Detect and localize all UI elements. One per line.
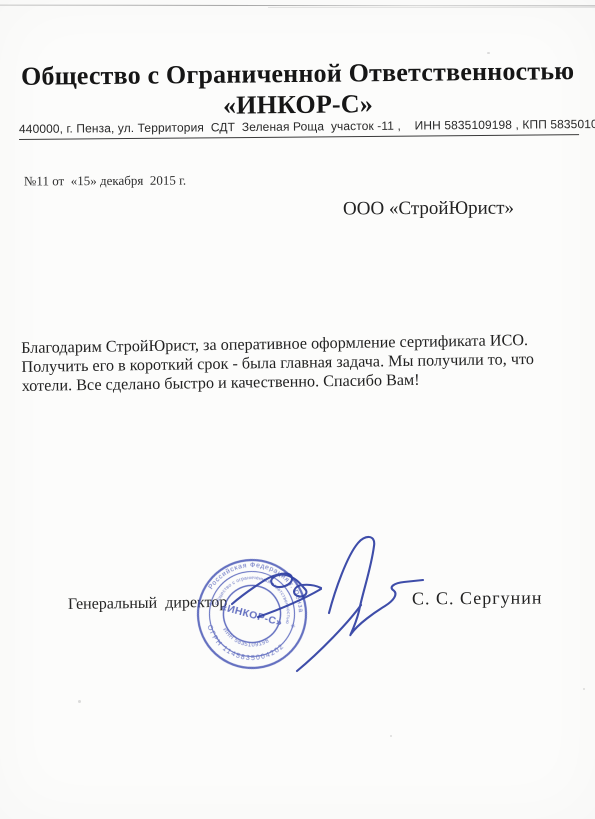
scan-artifact-line	[268, 7, 595, 8]
company-address-line: 440000, г. Пенза, ул. Территория СДТ Зел…	[19, 117, 579, 140]
signer-name: С. С. Сергунин	[412, 588, 543, 610]
scan-speck	[390, 735, 392, 737]
scan-speck	[487, 52, 490, 54]
scan-speck	[583, 688, 585, 690]
recipient-name: ООО «СтройЮрист»	[343, 198, 514, 221]
company-name-line1: Общество с Ограниченной Ответственностью	[0, 55, 595, 92]
ref-number-date-line: №11 от «15» декабря 2015 г.	[24, 173, 186, 190]
scanned-letter-page: Общество с Ограниченной Ответственностью…	[0, 0, 595, 819]
signature-scribble	[180, 528, 430, 678]
letterhead: Общество с Ограниченной Ответственностью…	[0, 55, 595, 123]
letter-body-paragraph: Благодарим СтройЮрист, за оперативное оф…	[21, 330, 582, 396]
scan-speck	[78, 700, 81, 703]
